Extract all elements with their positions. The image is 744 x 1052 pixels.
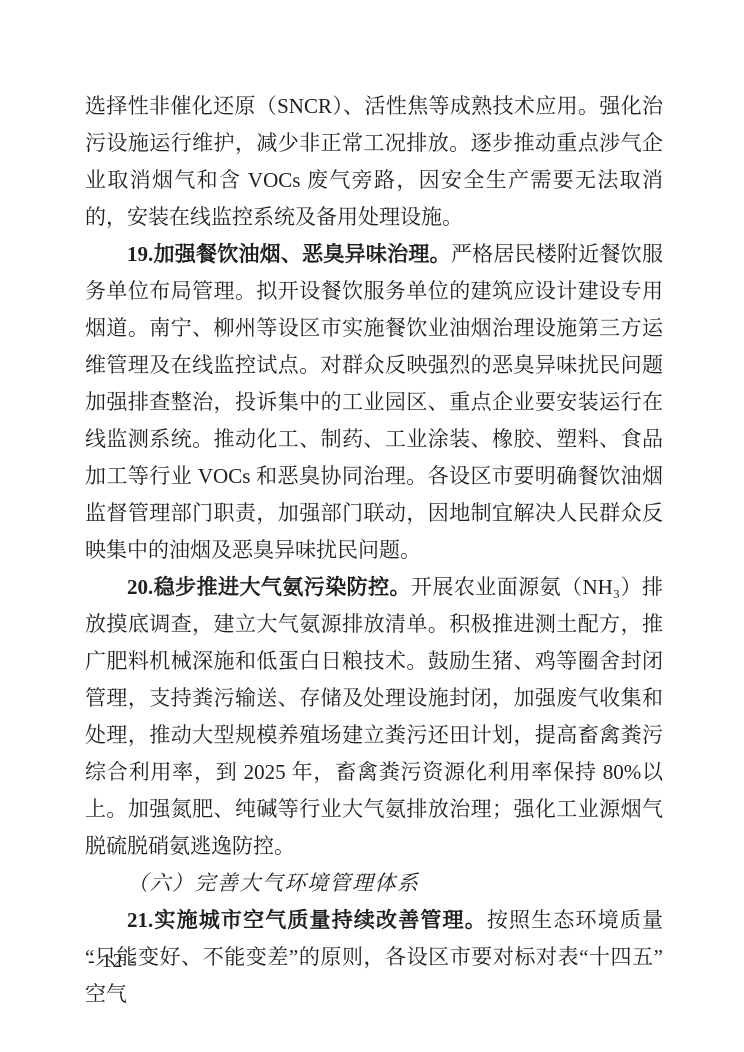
- document-page: 选择性非催化还原（SNCR）、活性焦等成熟技术应用。强化治污设施运行维护，减少非…: [0, 0, 744, 1052]
- paragraph-body-text: 开展农业面源氨（NH₃）排放摸底调查，建立大气氨源排放清单。积极推进测土配方，推…: [85, 575, 663, 858]
- paragraph-lead-text: 21.实施城市空气质量持续改善管理。: [127, 908, 487, 932]
- paragraph-body-text: 严格居民楼附近餐饮服务单位布局管理。拟开设餐饮服务单位的建筑应设计建设专用烟道。…: [85, 242, 663, 562]
- section-heading-6: （六）完善大气环境管理体系: [85, 865, 663, 902]
- document-body: 选择性非催化还原（SNCR）、活性焦等成熟技术应用。强化治污设施运行维护，减少非…: [85, 88, 663, 1013]
- paragraph-20: 20.稳步推进大气氨污染防控。开展农业面源氨（NH₃）排放摸底调查，建立大气氨源…: [85, 569, 663, 865]
- paragraph-lead-text: 19.加强餐饮油烟、恶臭异味治理。: [127, 242, 451, 266]
- paragraph-21: 21.实施城市空气质量持续改善管理。按照生态环境质量“只能变好、不能变差”的原则…: [85, 902, 663, 1013]
- page-number: - 12 -: [88, 950, 137, 973]
- paragraph-19: 19.加强餐饮油烟、恶臭异味治理。严格居民楼附近餐饮服务单位布局管理。拟开设餐饮…: [85, 236, 663, 569]
- paragraph-lead-text: 20.稳步推进大气氨污染防控。: [127, 575, 411, 599]
- paragraph-18-continuation: 选择性非催化还原（SNCR）、活性焦等成熟技术应用。强化治污设施运行维护，减少非…: [85, 88, 663, 236]
- paragraph-body-text: （六）完善大气环境管理体系: [127, 871, 420, 895]
- paragraph-body-text: 选择性非催化还原（SNCR）、活性焦等成熟技术应用。强化治污设施运行维护，减少非…: [85, 94, 663, 229]
